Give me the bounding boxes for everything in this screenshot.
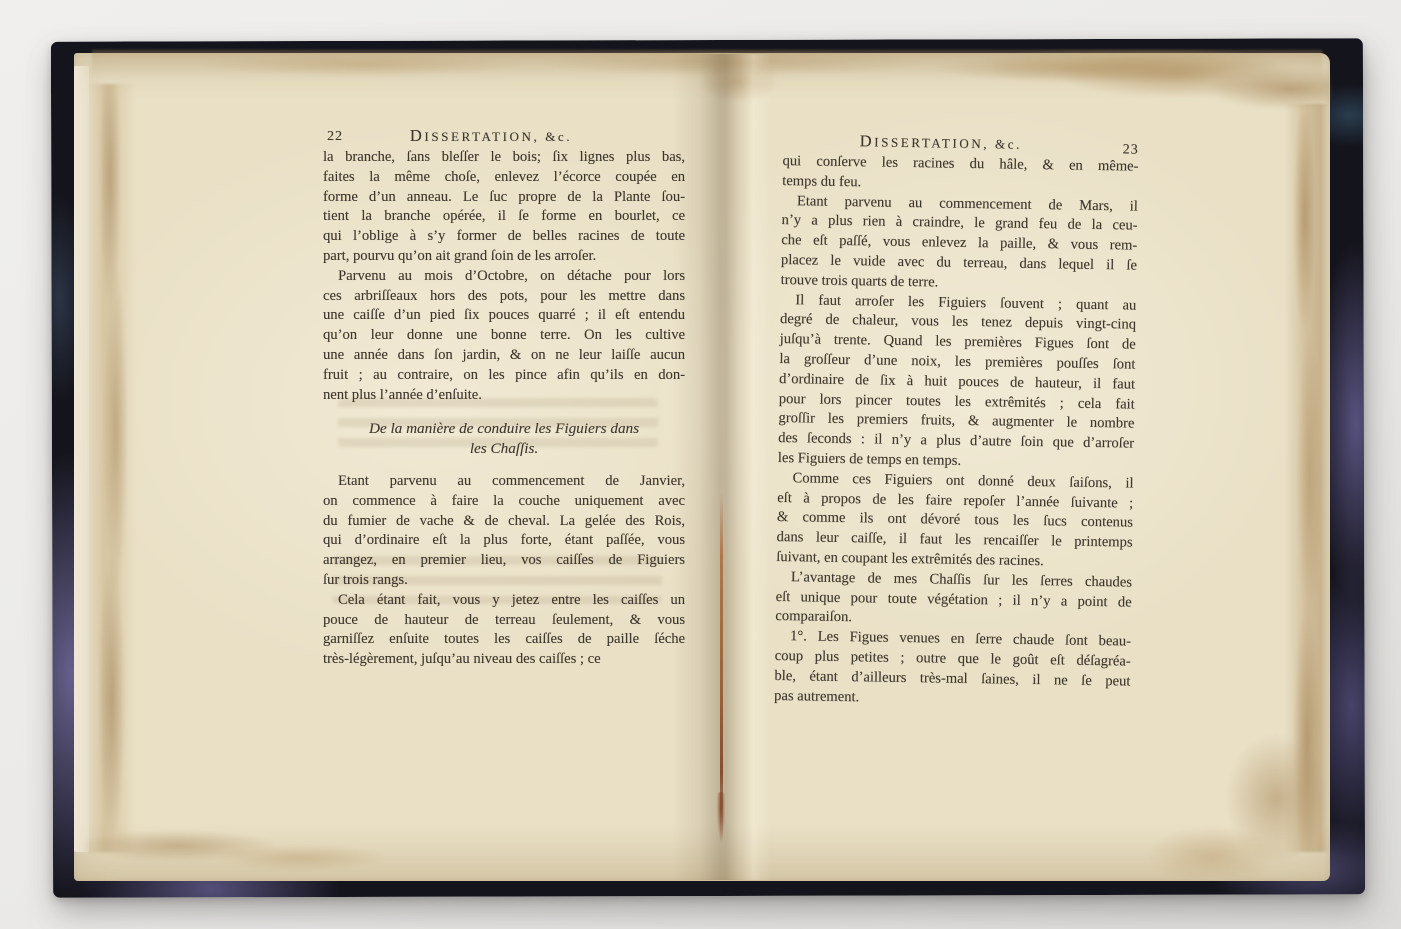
page-left-header: 22 DISSERTATION, &c. — [323, 126, 685, 146]
paragraph: Etant parvenu au commencement de Mars, i… — [780, 192, 1138, 297]
paragraph: la branche, ſans bleſſer le bois; ſix li… — [323, 148, 685, 267]
paragraph: Comme ces Figuiers ont donné deux ſaiſon… — [776, 469, 1134, 574]
paragraph: L’avantage de mes Chaſſis ſur les ſerres… — [775, 568, 1132, 633]
paragraph: Parvenu au mois d’Octobre, on détache po… — [323, 267, 685, 406]
running-title-left: DISSERTATION, &c. — [323, 126, 685, 147]
page-right-header: DISSERTATION, &c. 23 — [783, 130, 1139, 156]
paragraph: 1°. Les Figues venues en ſerre chaude ſo… — [774, 627, 1131, 712]
page-left: 22 DISSERTATION, &c. la branche, ſans bl… — [323, 126, 685, 670]
paragraph: Etant parvenu au commencement de Janvier… — [323, 472, 685, 591]
paragraph: Il faut arroſer les Figuiers ſouvent ; q… — [778, 291, 1137, 475]
page-spread — [74, 53, 1330, 881]
page-right: DISSERTATION, &c. 23 qui conſerve les ra… — [774, 130, 1139, 712]
page-number-left: 22 — [327, 127, 343, 147]
paragraph: qui conſerve les racines du hâle, & en m… — [782, 152, 1139, 197]
section-heading: De la manière de conduire les Figuiers d… — [323, 419, 685, 459]
paragraph: Cela étant fait, vous y jetez entre les … — [323, 591, 685, 670]
photo-backdrop: 22 DISSERTATION, &c. la branche, ſans bl… — [0, 0, 1401, 929]
page-number-right: 23 — [1123, 140, 1139, 160]
